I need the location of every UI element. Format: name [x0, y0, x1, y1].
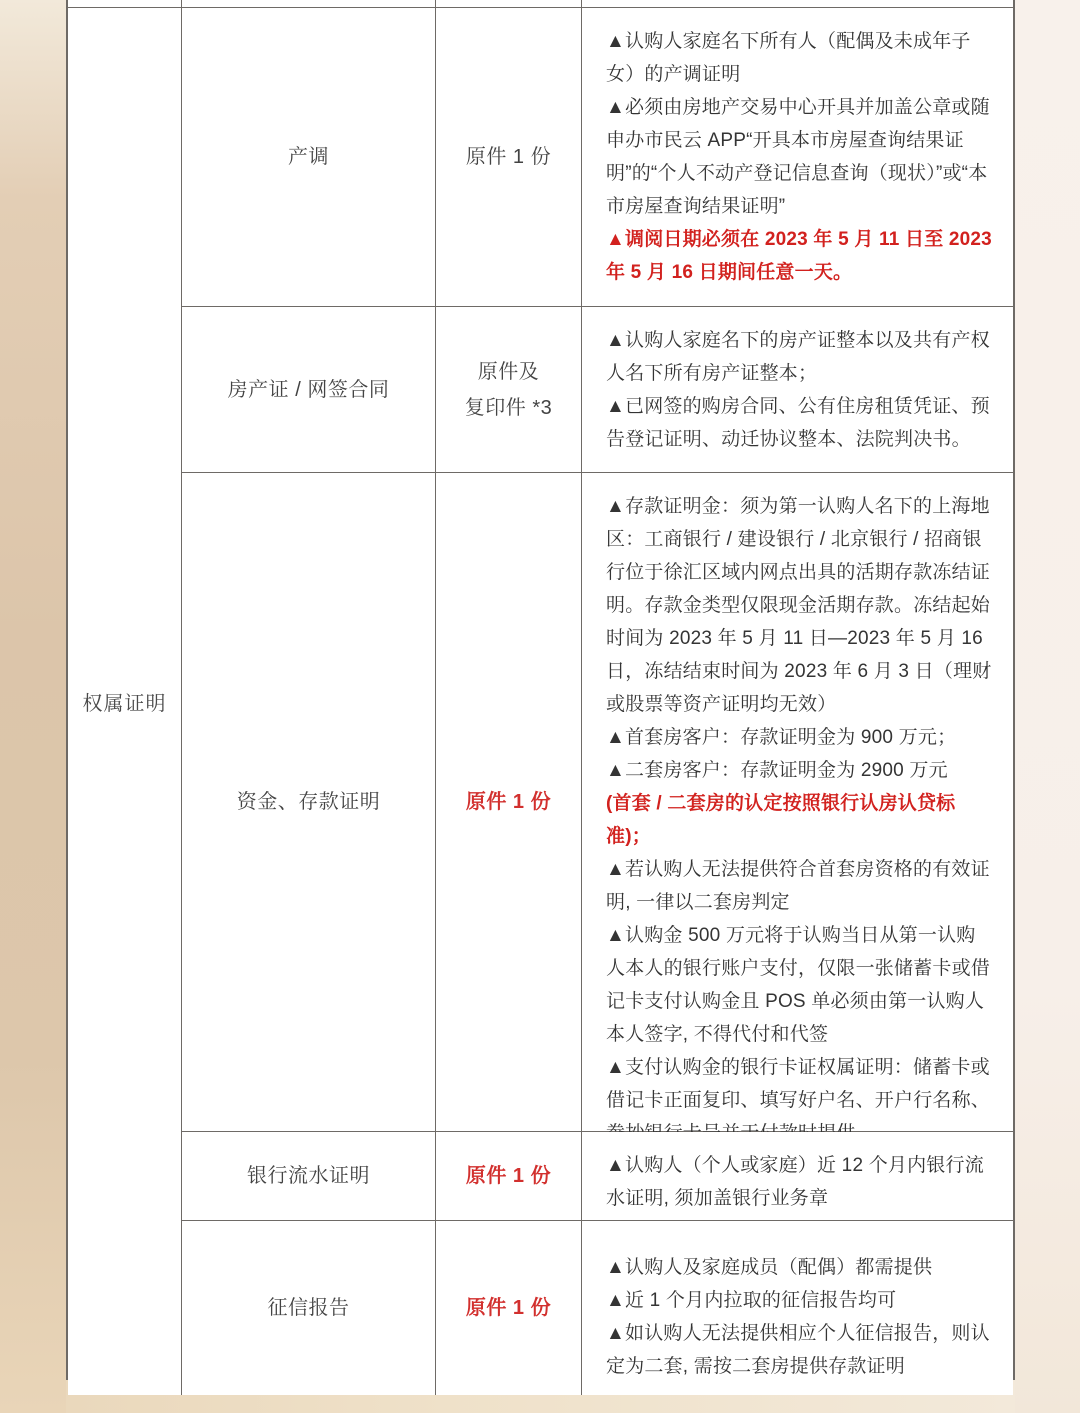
doc-details-cell: ▲认购人家庭名下所有人（配偶及未成年子女）的产调证明 ▲必须由房地产交易中心开具… — [582, 8, 1013, 307]
doc-details-cell: ▲认购人及家庭成员（配偶）都需提供 ▲近 1 个月内拉取的征信报告均可 ▲如认购… — [582, 1221, 1013, 1395]
doc-name: 房产证 / 网签合同 — [228, 372, 390, 408]
detail-line: ▲认购人家庭名下所有人（配偶及未成年子女）的产调证明 — [606, 25, 993, 91]
doc-name-cell: 产调 — [182, 8, 436, 307]
doc-quantity-cell: 原件 1 份 — [436, 1221, 582, 1395]
doc-name-cell: 征信报告 — [182, 1221, 436, 1395]
doc-details-cell: ▲存款证明金：须为第一认购人名下的上海地区：工商银行 / 建设银行 / 北京银行… — [582, 473, 1013, 1132]
doc-name-cell: 资金、存款证明 — [182, 473, 436, 1132]
doc-quantity: 原件 1 份 — [466, 1158, 551, 1194]
document-page: 权属证明 产调 原件 1 份 ▲认购人家庭名下所有人（配偶及未成年子女）的产调证… — [0, 0, 1080, 1413]
detail-line-highlight: (首套 / 二套房的认定按照银行认房认贷标准)； — [606, 787, 993, 853]
doc-quantity: 原件 1 份 — [466, 139, 551, 175]
doc-name-cell: 房产证 / 网签合同 — [182, 307, 436, 473]
right-margin-decoration — [1015, 0, 1080, 1413]
detail-line: ▲如认购人无法提供相应个人征信报告，则认定为二套, 需按二套房提供存款证明 — [606, 1317, 993, 1383]
doc-quantity-cell: 原件 1 份 — [436, 1132, 582, 1221]
detail-line: ▲首套房客户：存款证明金为 900 万元； — [606, 721, 993, 754]
doc-quantity-cell: 原件 1 份 — [436, 8, 582, 307]
detail-line: ▲存款证明金：须为第一认购人名下的上海地区：工商银行 / 建设银行 / 北京银行… — [606, 490, 993, 721]
left-margin-decoration — [0, 0, 66, 1413]
partial-row-cell — [582, 0, 1013, 8]
doc-name: 银行流水证明 — [247, 1158, 370, 1194]
detail-line: ▲认购人家庭名下的房产证整本以及共有产权人名下所有房产证整本； — [606, 324, 993, 390]
partial-row-cell — [182, 0, 436, 8]
detail-line: ▲已网签的购房合同、公有住房租赁凭证、预告登记证明、动迁协议整本、法院判决书。 — [606, 390, 993, 456]
doc-quantity: 原件及 复印件 *3 — [465, 354, 552, 426]
doc-details-cell: ▲认购人（个人或家庭）近 12 个月内银行流水证明, 须加盖银行业务章 — [582, 1132, 1013, 1221]
doc-details-cell: ▲认购人家庭名下的房产证整本以及共有产权人名下所有房产证整本； ▲已网签的购房合… — [582, 307, 1013, 473]
requirements-table: 权属证明 产调 原件 1 份 ▲认购人家庭名下所有人（配偶及未成年子女）的产调证… — [66, 0, 1015, 1380]
doc-name: 产调 — [288, 139, 329, 175]
detail-line: ▲认购人（个人或家庭）近 12 个月内银行流水证明, 须加盖银行业务章 — [606, 1149, 993, 1215]
detail-line: ▲若认购人无法提供符合首套房资格的有效证明, 一律以二套房判定 — [606, 853, 993, 919]
detail-line: ▲二套房客户：存款证明金为 2900 万元 — [606, 754, 993, 787]
doc-quantity-cell: 原件 1 份 — [436, 473, 582, 1132]
doc-quantity-cell: 原件及 复印件 *3 — [436, 307, 582, 473]
category-label: 权属证明 — [83, 687, 167, 716]
category-cell: 权属证明 — [68, 8, 182, 1395]
doc-quantity: 原件 1 份 — [466, 1290, 551, 1326]
detail-line-highlight: ▲调阅日期必须在 2023 年 5 月 11 日至 2023 年 5 月 16 … — [606, 223, 993, 289]
partial-row-cell — [436, 0, 582, 8]
detail-line: ▲认购人及家庭成员（配偶）都需提供 — [606, 1251, 993, 1284]
detail-line: ▲必须由房地产交易中心开具并加盖公章或随申办市民云 APP“开具本市房屋查询结果… — [606, 91, 993, 223]
doc-name: 资金、存款证明 — [237, 784, 381, 820]
doc-name-cell: 银行流水证明 — [182, 1132, 436, 1221]
doc-name: 征信报告 — [268, 1290, 350, 1326]
detail-line: ▲认购金 500 万元将于认购当日从第一认购人本人的银行账户支付，仅限一张储蓄卡… — [606, 919, 993, 1051]
partial-row-cell — [68, 0, 182, 8]
doc-quantity: 原件 1 份 — [466, 784, 551, 820]
detail-line: ▲近 1 个月内拉取的征信报告均可 — [606, 1284, 993, 1317]
